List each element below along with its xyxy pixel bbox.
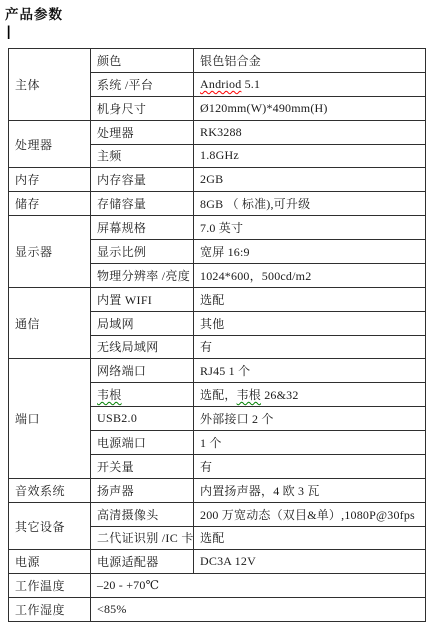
page-title: 产品参数 [5, 3, 63, 23]
table-row: 工作温度–20 - +70℃ [9, 574, 426, 598]
document-page: 产品参数 | 主体颜色银色铝合金系统 /平台Andriod 5.1机身尺寸Ø12… [0, 0, 431, 625]
table-row: 端口网络端口RJ45 1 个 [9, 359, 426, 383]
category-cell: 其它设备 [9, 502, 91, 550]
label-cell: 颜色 [91, 49, 194, 73]
value-cell: 外部接口 2 个 [194, 407, 426, 431]
label-cell: 韦根 [91, 383, 194, 407]
label-cell: 机身尺寸 [91, 96, 194, 120]
label-cell: 内存容量 [91, 168, 194, 192]
table-row: 电源电源适配器DC3A 12V [9, 550, 426, 574]
value-cell: –20 - +70℃ [91, 574, 426, 598]
table-row: 其它设备高清摄像头200 万宽动态（双目&单）,1080P@30fps [9, 502, 426, 526]
label-cell: USB2.0 [91, 407, 194, 431]
value-cell: 8GB （ 标准),可升级 [194, 192, 426, 216]
category-cell: 处理器 [9, 120, 91, 168]
label-cell: 系统 /平台 [91, 72, 194, 96]
value-cell: 1 个 [194, 431, 426, 455]
value-cell: 选配 [194, 287, 426, 311]
category-cell: 音效系统 [9, 478, 91, 502]
label-cell: 物理分辨率 /亮度 [91, 263, 194, 287]
label-cell: 主频 [91, 144, 194, 168]
text-segment: 选配， [200, 388, 237, 402]
value-cell: 选配，韦根 26&32 [194, 383, 426, 407]
text-cursor: | [6, 25, 11, 40]
label-cell: 局域网 [91, 311, 194, 335]
value-cell: 1.8GHz [194, 144, 426, 168]
label-cell: 网络端口 [91, 359, 194, 383]
text-segment: 5.1 [241, 77, 260, 91]
table-row: 主体颜色银色铝合金 [9, 49, 426, 73]
category-cell: 储存 [9, 192, 91, 216]
table-row: 处理器处理器RK3288 [9, 120, 426, 144]
grammar-squiggle-text: 韦根 [97, 388, 122, 402]
category-cell: 端口 [9, 359, 91, 478]
value-cell: 2GB [194, 168, 426, 192]
category-cell: 通信 [9, 287, 91, 359]
table-row: 显示器屏幕规格7.0 英寸 [9, 216, 426, 240]
value-cell: DC3A 12V [194, 550, 426, 574]
table-row: 储存存储容量8GB （ 标准),可升级 [9, 192, 426, 216]
value-cell: RJ45 1 个 [194, 359, 426, 383]
label-cell: 扬声器 [91, 478, 194, 502]
label-cell: 屏幕规格 [91, 216, 194, 240]
table-row: 内存内存容量2GB [9, 168, 426, 192]
category-cell: 工作温度 [9, 574, 91, 598]
value-cell: 1024*600，500cd/m2 [194, 263, 426, 287]
value-cell: 7.0 英寸 [194, 216, 426, 240]
value-cell: 宽屏 16:9 [194, 240, 426, 264]
label-cell: 高清摄像头 [91, 502, 194, 526]
value-cell: 银色铝合金 [194, 49, 426, 73]
label-cell: 显示比例 [91, 240, 194, 264]
text-segment: 26&32 [261, 388, 299, 402]
value-cell: 有 [194, 454, 426, 478]
category-cell: 显示器 [9, 216, 91, 288]
spec-table-body: 主体颜色银色铝合金系统 /平台Andriod 5.1机身尺寸Ø120mm(W)*… [9, 49, 426, 622]
label-cell: 存储容量 [91, 192, 194, 216]
spellcheck-squiggle-text: Andriod [200, 77, 241, 91]
value-cell: RK3288 [194, 120, 426, 144]
table-row: 工作湿度<85% [9, 598, 426, 622]
label-cell: 二代证识别 /IC 卡 [91, 526, 194, 550]
label-cell: 电源端口 [91, 431, 194, 455]
category-cell: 主体 [9, 49, 91, 121]
category-cell: 电源 [9, 550, 91, 574]
value-cell: 200 万宽动态（双目&单）,1080P@30fps [194, 502, 426, 526]
label-cell: 无线局域网 [91, 335, 194, 359]
grammar-squiggle-text: 韦根 [237, 388, 261, 402]
label-cell: 内置 WIFI [91, 287, 194, 311]
value-cell: 选配 [194, 526, 426, 550]
table-row: 音效系统扬声器内置扬声器，4 欧 3 瓦 [9, 478, 426, 502]
value-cell: <85% [91, 598, 426, 622]
category-cell: 内存 [9, 168, 91, 192]
value-cell: 内置扬声器，4 欧 3 瓦 [194, 478, 426, 502]
category-cell: 工作湿度 [9, 598, 91, 622]
table-row: 通信内置 WIFI选配 [9, 287, 426, 311]
value-cell: Ø120mm(W)*490mm(H) [194, 96, 426, 120]
product-spec-table: 主体颜色银色铝合金系统 /平台Andriod 5.1机身尺寸Ø120mm(W)*… [8, 48, 426, 622]
value-cell: 其他 [194, 311, 426, 335]
label-cell: 处理器 [91, 120, 194, 144]
label-cell: 开关量 [91, 454, 194, 478]
value-cell: 有 [194, 335, 426, 359]
label-cell: 电源适配器 [91, 550, 194, 574]
value-cell: Andriod 5.1 [194, 72, 426, 96]
